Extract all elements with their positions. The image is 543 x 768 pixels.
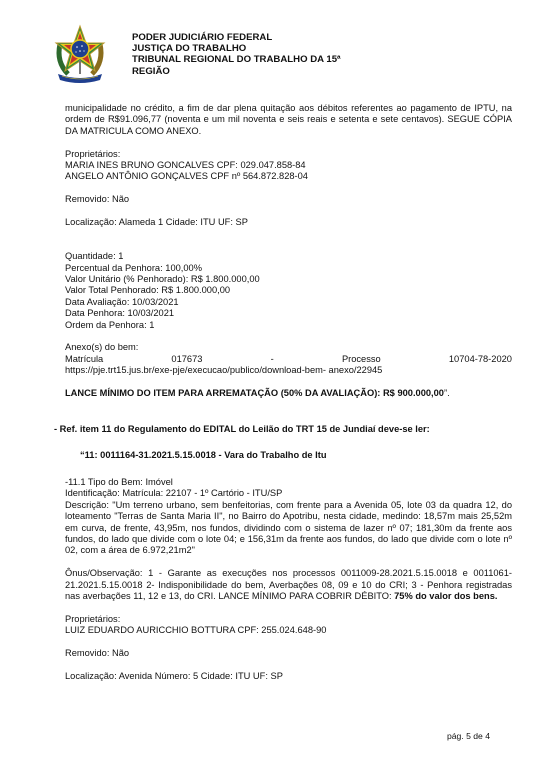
- intro-paragraph: municipalidade no crédito, a fim de dar …: [65, 103, 512, 137]
- quantidade-field: Quantidade: 1: [65, 251, 512, 262]
- owner-3: LUIZ EDUARDO AURICCHIO BOTTURA CPF: 255.…: [65, 625, 512, 636]
- descricao-paragraph: Descrição: "Um terreno urbano, sem benfe…: [65, 500, 512, 557]
- lance-minimo: LANCE MÍNIMO DO ITEM PARA ARREMATAÇÃO (5…: [65, 388, 444, 398]
- onus-bold: 75% do valor dos bens.: [394, 591, 497, 601]
- owner-2: ANGELO ANTÔNIO GONÇALVES CPF nº 564.872.…: [65, 171, 512, 182]
- onus-paragraph: Ônus/Observação: 1 - Garante as execuçõe…: [65, 568, 512, 602]
- owners-label: Proprietários:: [65, 149, 512, 160]
- percentual-field: Percentual da Penhora: 100,00%: [65, 263, 512, 274]
- item-11-title: “11: 0011164-31.2021.5.15.0018 - Vara do…: [80, 450, 327, 460]
- brazil-coat-of-arms-icon: [52, 24, 108, 86]
- header-line-3: TRIBUNAL REGIONAL DO TRABALHO DA 15ª: [132, 54, 341, 65]
- anexo-download-link[interactable]: https://pje.trt15.jus.br/exe-pje/execuca…: [65, 365, 382, 375]
- removido-field-2: Removido: Não: [65, 648, 512, 659]
- tipo-bem-field: -11.1 Tipo do Bem: Imóvel: [65, 477, 512, 488]
- edital-reference: - Ref. item 11 do Regulamento do EDITAL …: [54, 424, 430, 434]
- matricula-label: Matrícula: [65, 354, 103, 365]
- section-item-11: -11.1 Tipo do Bem: Imóvel Identificação:…: [65, 477, 512, 682]
- identificacao-field: Identificação: Matrícula: 22107 - 1º Car…: [65, 488, 512, 499]
- court-name: PODER JUDICIÁRIO FEDERAL JUSTIÇA DO TRAB…: [132, 32, 341, 77]
- separator: -: [271, 354, 274, 365]
- removido-field: Removido: Não: [65, 194, 512, 205]
- matricula-row: Matrícula 017673 - Processo 10704-78-202…: [65, 354, 512, 365]
- data-penhora-field: Data Penhora: 10/03/2021: [65, 308, 512, 319]
- valor-unitario-field: Valor Unitário (% Penhorado): R$ 1.800.0…: [65, 274, 512, 285]
- data-avaliacao-field: Data Avaliação: 10/03/2021: [65, 297, 512, 308]
- owners-label-2: Proprietários:: [65, 614, 512, 625]
- matricula-number: 017673: [171, 354, 202, 365]
- localizacao-field: Localização: Alameda 1 Cidade: ITU UF: S…: [65, 217, 512, 228]
- localizacao-field-2: Localização: Avenida Número: 5 Cidade: I…: [65, 671, 512, 682]
- header-line-1: PODER JUDICIÁRIO FEDERAL: [132, 32, 341, 43]
- anexos-label: Anexo(s) do bem:: [65, 342, 512, 353]
- processo-number: 10704-78-2020: [449, 354, 512, 365]
- page-number: pág. 5 de 4: [447, 731, 490, 741]
- document-header: PODER JUDICIÁRIO FEDERAL JUSTIÇA DO TRAB…: [52, 22, 341, 86]
- section-item-details: municipalidade no crédito, a fim de dar …: [65, 103, 512, 399]
- lance-minimo-suffix: ”.: [444, 388, 450, 398]
- valor-total-field: Valor Total Penhorado: R$ 1.800.000,00: [65, 285, 512, 296]
- processo-label: Processo: [342, 354, 381, 365]
- owner-1: MARIA INES BRUNO GONCALVES CPF: 029.047.…: [65, 160, 512, 171]
- header-line-2: JUSTIÇA DO TRABALHO: [132, 43, 341, 54]
- ordem-penhora-field: Ordem da Penhora: 1: [65, 320, 512, 331]
- header-line-4: REGIÃO: [132, 66, 341, 77]
